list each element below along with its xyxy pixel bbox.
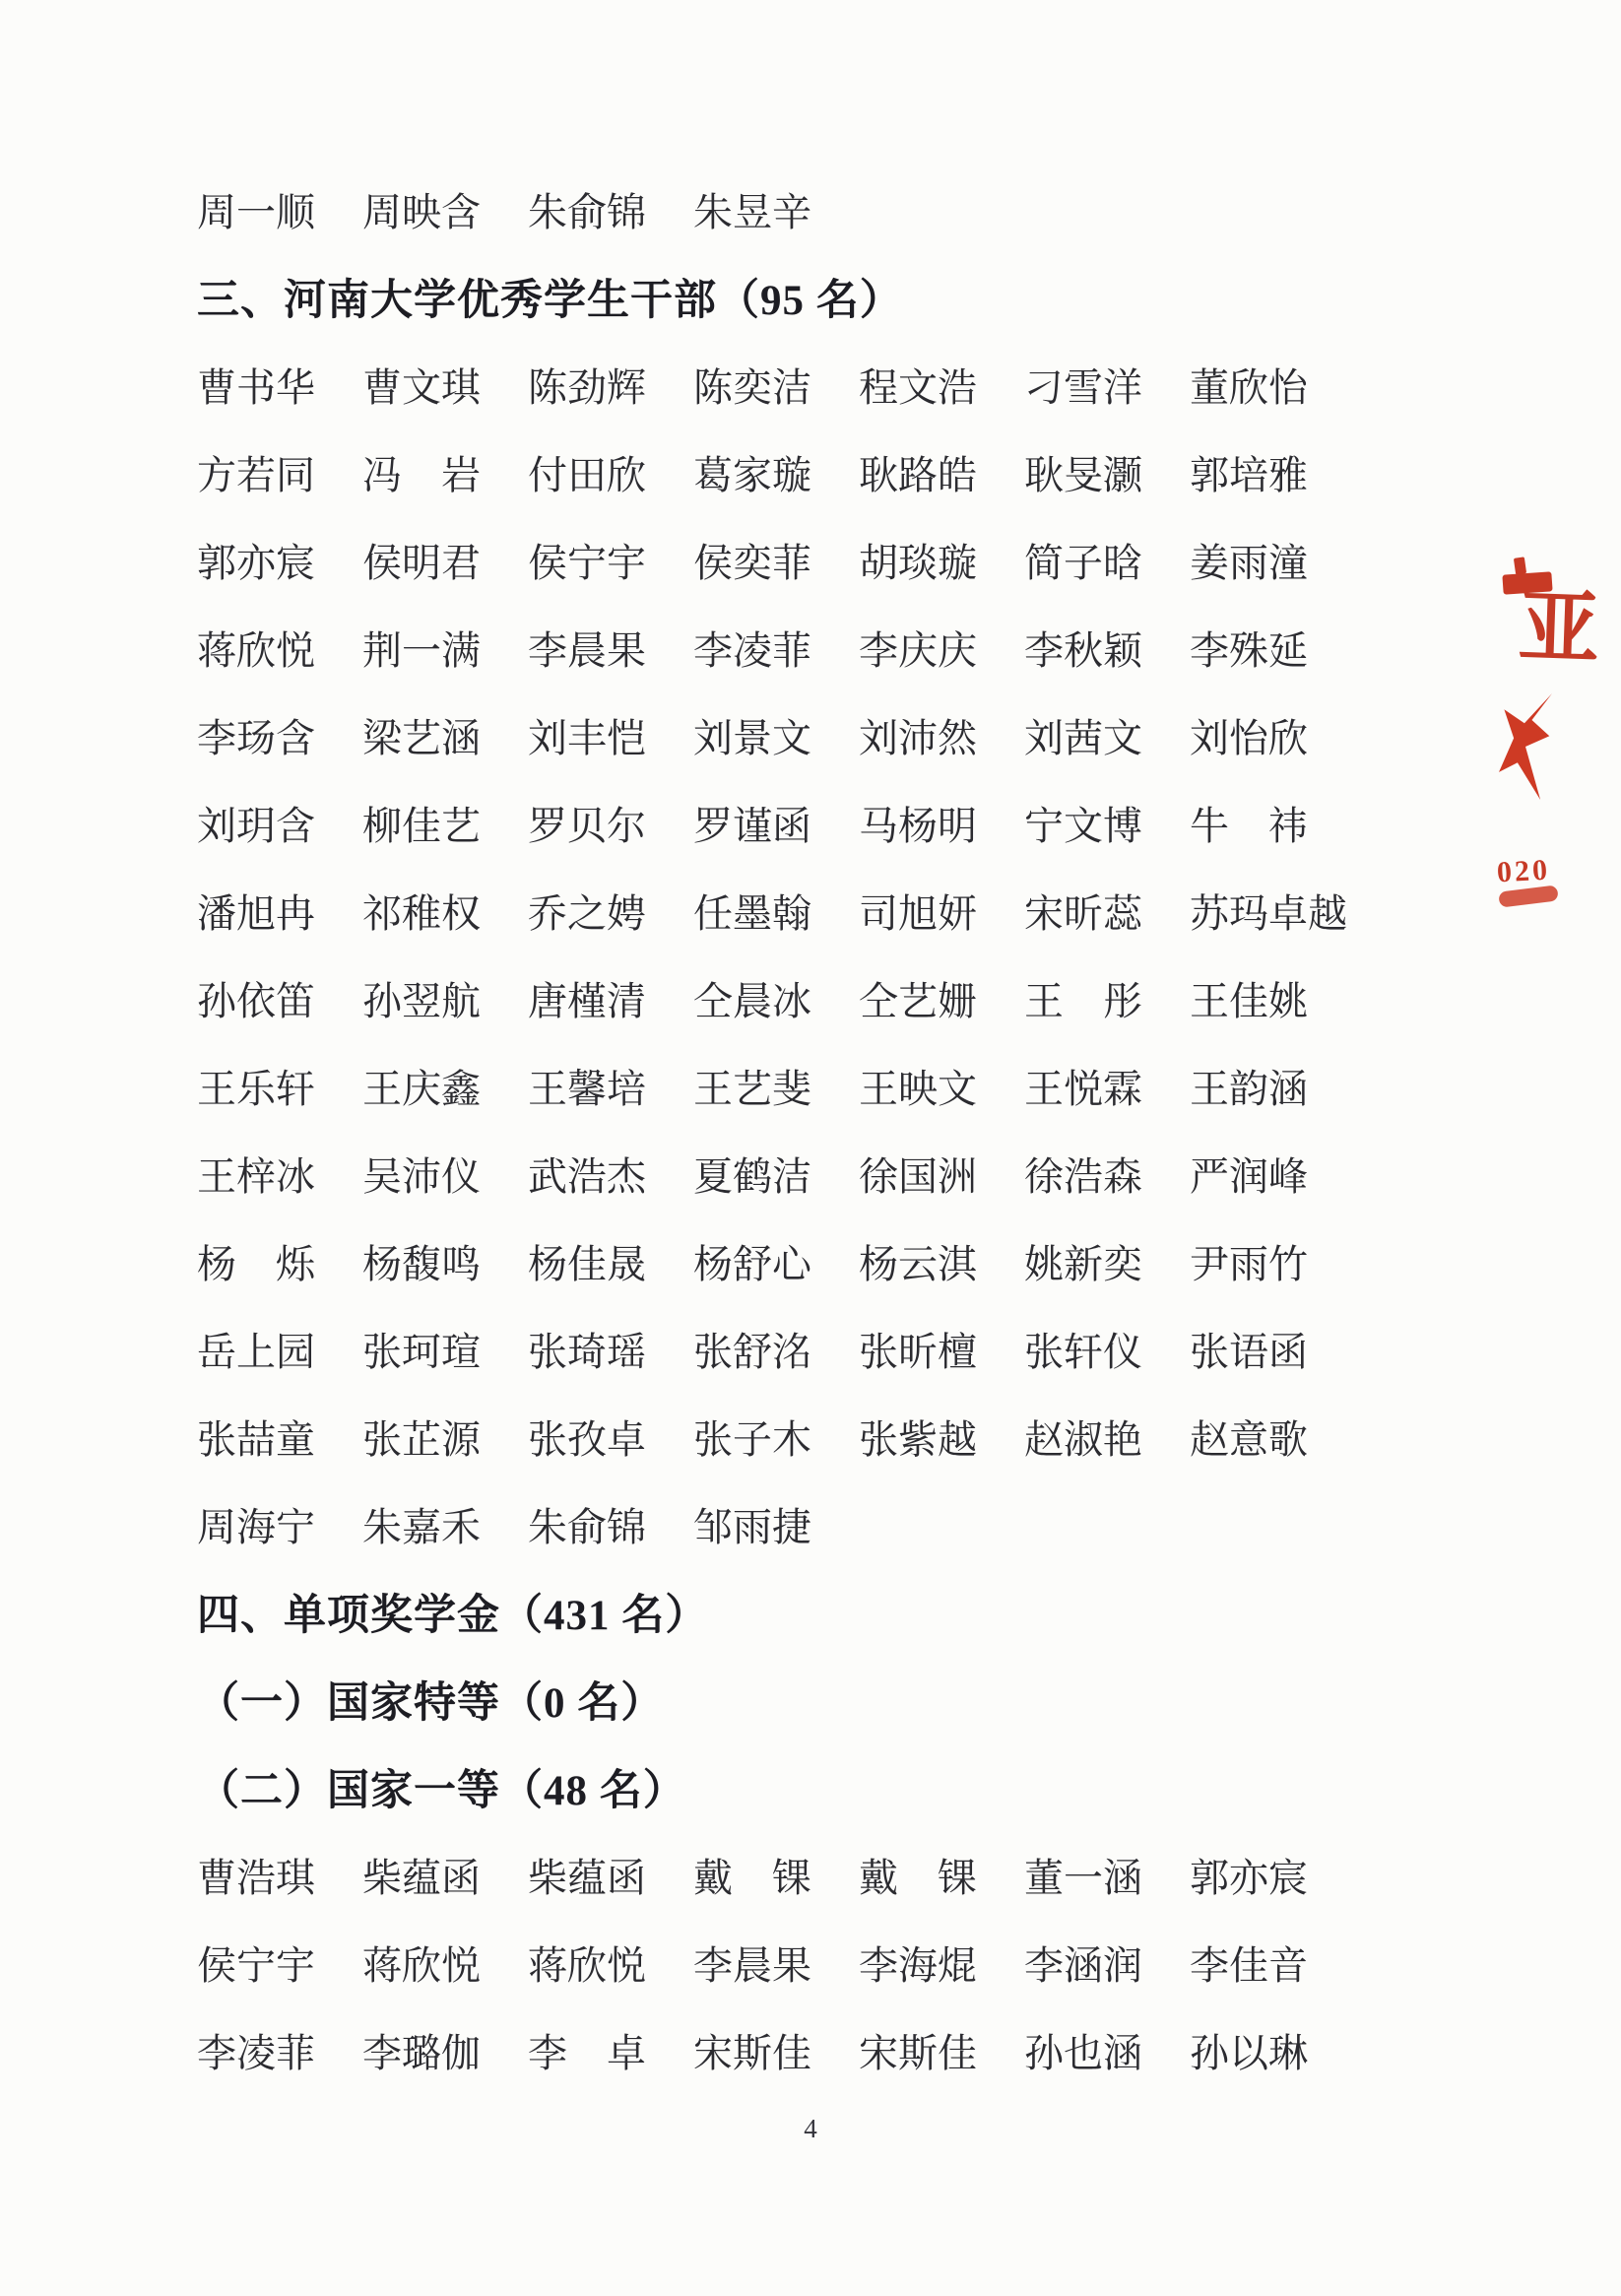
student-name: 周映含 — [362, 181, 481, 237]
student-name: 王馨培 — [528, 1058, 646, 1114]
student-name: 董一涵 — [1024, 1847, 1142, 1903]
student-name: 徐浩森 — [1024, 1146, 1142, 1202]
seal-star-shape — [1499, 693, 1552, 800]
student-name: 朱俞锦 — [528, 181, 646, 237]
seal-tick-mark — [1514, 557, 1526, 574]
student-name: 李凌菲 — [197, 2022, 315, 2078]
student-name: 曹文琪 — [362, 357, 481, 413]
student-name: 王韵涵 — [1190, 1058, 1308, 1114]
student-name: 王庆鑫 — [362, 1058, 481, 1114]
student-name: 朱昱辛 — [693, 181, 811, 237]
student-name: 曹书华 — [197, 357, 315, 413]
student-name: 李海焜 — [859, 1935, 977, 1991]
student-name: 蒋欣悦 — [528, 1935, 646, 1991]
student-name: 李涵润 — [1024, 1935, 1142, 1991]
name-row: 曹书华曹文琪陈劲辉陈奕洁程文浩刁雪洋董欣怡 — [197, 341, 1438, 428]
student-name: 孙以琳 — [1190, 2022, 1308, 2078]
student-name: 王悦霖 — [1024, 1058, 1142, 1114]
name-row: 潘旭冉祁稚权乔之娉任墨翰司旭妍宋昕蕊苏玛卓越 — [197, 867, 1438, 954]
student-name: 姚新奕 — [1024, 1233, 1142, 1289]
name-row: 李玚含梁艺涵刘丰恺刘景文刘沛然刘茜文刘怡欣 — [197, 691, 1438, 779]
student-name: 周一顺 — [197, 181, 315, 237]
student-name: 柴蕴函 — [528, 1847, 646, 1903]
student-name: 侯宁宇 — [528, 532, 646, 588]
student-name: 赵淑艳 — [1024, 1409, 1142, 1465]
student-name: 付田欣 — [528, 444, 646, 500]
student-name: 武浩杰 — [528, 1146, 646, 1202]
section4-heading: 四、单项奖学金（431 名） — [197, 1568, 1438, 1656]
student-name: 侯奕菲 — [693, 532, 811, 588]
name-row: 周一顺周映含朱俞锦朱昱辛 — [197, 165, 1438, 253]
student-name: 葛家璇 — [693, 444, 811, 500]
student-name: 李庆庆 — [859, 620, 977, 676]
student-name: 王梓冰 — [197, 1146, 315, 1202]
student-name: 方若同 — [197, 444, 315, 500]
student-name: 刘沛然 — [859, 707, 977, 763]
student-name: 李凌菲 — [693, 620, 811, 676]
student-name: 周海宁 — [197, 1496, 315, 1552]
student-name: 王佳姚 — [1190, 970, 1308, 1026]
student-name: 司旭妍 — [859, 883, 977, 939]
red-seal-fragment: 亚 020 — [1493, 544, 1621, 938]
student-name: 王 彤 — [1024, 970, 1142, 1026]
page-number: 4 — [804, 2114, 817, 2143]
student-name: 杨馥鸣 — [362, 1233, 481, 1289]
student-name: 刘怡欣 — [1190, 707, 1308, 763]
student-name: 张舒洺 — [693, 1321, 811, 1377]
seal-number: 020 — [1496, 854, 1551, 890]
name-row: 周海宁朱嘉禾朱俞锦邹雨捷 — [197, 1480, 1438, 1568]
student-name: 杨佳晟 — [528, 1233, 646, 1289]
student-name: 张语函 — [1190, 1321, 1308, 1377]
student-name: 李玚含 — [197, 707, 315, 763]
student-name: 荆一满 — [362, 620, 481, 676]
student-name: 李秋颖 — [1024, 620, 1142, 676]
student-name: 邹雨捷 — [693, 1496, 811, 1552]
section4-sub1-heading: （一）国家特等（0 名） — [197, 1656, 1438, 1743]
name-row: 孙依笛孙翌航唐槿清仝晨冰仝艺姗王 彤王佳姚 — [197, 954, 1438, 1042]
student-name: 李璐伽 — [362, 2022, 481, 2078]
student-name: 夏鹤洁 — [693, 1146, 811, 1202]
student-name: 张芷源 — [362, 1409, 481, 1465]
student-name: 侯明君 — [362, 532, 481, 588]
section3-heading: 三、河南大学优秀学生干部（95 名） — [197, 253, 1438, 341]
seal-bar-stroke — [1502, 571, 1552, 594]
student-name: 李佳音 — [1190, 1935, 1308, 1991]
name-row: 张喆童张芷源张孜卓张子木张紫越赵淑艳赵意歌 — [197, 1393, 1438, 1480]
student-name: 张紫越 — [859, 1409, 977, 1465]
student-name: 陈劲辉 — [528, 357, 646, 413]
student-name: 郭亦宸 — [197, 532, 315, 588]
student-name: 孙翌航 — [362, 970, 481, 1026]
student-name: 刘茜文 — [1024, 707, 1142, 763]
student-name: 戴 锞 — [693, 1847, 811, 1903]
student-name: 姜雨潼 — [1190, 532, 1308, 588]
student-name: 赵意歌 — [1190, 1409, 1308, 1465]
student-name: 宁文博 — [1024, 795, 1142, 851]
student-name: 侯宁宇 — [197, 1935, 315, 1991]
student-name: 胡琰璇 — [859, 532, 977, 588]
student-name: 仝艺姗 — [859, 970, 977, 1026]
student-name: 张昕檀 — [859, 1321, 977, 1377]
student-name: 尹雨竹 — [1190, 1233, 1308, 1289]
name-row: 王乐轩王庆鑫王馨培王艺斐王映文王悦霖王韵涵 — [197, 1042, 1438, 1130]
document-content: 周一顺周映含朱俞锦朱昱辛 三、河南大学优秀学生干部（95 名） 曹书华曹文琪陈劲… — [197, 165, 1438, 2094]
student-name: 徐国洲 — [859, 1146, 977, 1202]
name-row: 李凌菲李璐伽李 卓宋斯佳宋斯佳孙也涵孙以琳 — [197, 2006, 1438, 2094]
student-name: 刘丰恺 — [528, 707, 646, 763]
student-name: 张珂瑄 — [362, 1321, 481, 1377]
name-row: 刘玥含柳佳艺罗贝尔罗谨函马杨明宁文博牛 祎 — [197, 779, 1438, 867]
student-name: 罗贝尔 — [528, 795, 646, 851]
name-row: 王梓冰吴沛仪武浩杰夏鹤洁徐国洲徐浩森严润峰 — [197, 1130, 1438, 1217]
name-row: 方若同冯 岩付田欣葛家璇耿路皓耿旻灏郭培雅 — [197, 428, 1438, 516]
student-name: 柴蕴函 — [362, 1847, 481, 1903]
student-name: 孙也涵 — [1024, 2022, 1142, 2078]
seal-character: 亚 — [1518, 588, 1601, 672]
student-name: 宋昕蕊 — [1024, 883, 1142, 939]
student-name: 李殊延 — [1190, 620, 1308, 676]
student-name: 冯 岩 — [362, 444, 481, 500]
student-name: 潘旭冉 — [197, 883, 315, 939]
student-name: 梁艺涵 — [362, 707, 481, 763]
student-name: 马杨明 — [859, 795, 977, 851]
student-name: 程文浩 — [859, 357, 977, 413]
student-name: 苏玛卓越 — [1190, 883, 1347, 939]
student-name: 仝晨冰 — [693, 970, 811, 1026]
student-name: 朱俞锦 — [528, 1496, 646, 1552]
student-name: 吴沛仪 — [362, 1146, 481, 1202]
student-name: 耿旻灏 — [1024, 444, 1142, 500]
name-row: 蒋欣悦荆一满李晨果李凌菲李庆庆李秋颖李殊延 — [197, 604, 1438, 691]
student-name: 张喆童 — [197, 1409, 315, 1465]
student-name: 蒋欣悦 — [197, 620, 315, 676]
student-name: 孙依笛 — [197, 970, 315, 1026]
student-name: 王映文 — [859, 1058, 977, 1114]
student-name: 刘玥含 — [197, 795, 315, 851]
student-name: 曹浩琪 — [197, 1847, 315, 1903]
student-name: 杨云淇 — [859, 1233, 977, 1289]
student-name: 张孜卓 — [528, 1409, 646, 1465]
student-name: 蒋欣悦 — [362, 1935, 481, 1991]
student-name: 祁稚权 — [362, 883, 481, 939]
student-name: 李晨果 — [528, 620, 646, 676]
section4-sub2-heading: （二）国家一等（48 名） — [197, 1743, 1438, 1831]
student-name: 刁雪洋 — [1024, 357, 1142, 413]
student-name: 李晨果 — [693, 1935, 811, 1991]
student-name: 耿路皓 — [859, 444, 977, 500]
student-name: 张子木 — [693, 1409, 811, 1465]
student-name: 朱嘉禾 — [362, 1496, 481, 1552]
page-footer: 4 — [0, 2114, 1621, 2144]
student-name: 唐槿清 — [528, 970, 646, 1026]
student-name: 董欣怡 — [1190, 357, 1308, 413]
student-name: 杨舒心 — [693, 1233, 811, 1289]
student-name: 张琦瑶 — [528, 1321, 646, 1377]
student-name: 简子晗 — [1024, 532, 1142, 588]
student-name: 任墨翰 — [693, 883, 811, 939]
name-row: 曹浩琪柴蕴函柴蕴函戴 锞戴 锞董一涵郭亦宸 — [197, 1831, 1438, 1919]
student-name: 李 卓 — [528, 2022, 646, 2078]
student-name: 郭培雅 — [1190, 444, 1308, 500]
student-name: 陈奕洁 — [693, 357, 811, 413]
name-row: 郭亦宸侯明君侯宁宇侯奕菲胡琰璇简子晗姜雨潼 — [197, 516, 1438, 604]
student-name: 罗谨函 — [693, 795, 811, 851]
student-name: 张轩仪 — [1024, 1321, 1142, 1377]
student-name: 宋斯佳 — [859, 2022, 977, 2078]
student-name: 岳上园 — [197, 1321, 315, 1377]
student-name: 刘景文 — [693, 707, 811, 763]
student-name: 王乐轩 — [197, 1058, 315, 1114]
student-name: 杨 烁 — [197, 1233, 315, 1289]
student-name: 乔之娉 — [528, 883, 646, 939]
student-name: 王艺斐 — [693, 1058, 811, 1114]
seal-smear — [1498, 885, 1559, 907]
student-name: 宋斯佳 — [693, 2022, 811, 2078]
name-row: 侯宁宇蒋欣悦蒋欣悦李晨果李海焜李涵润李佳音 — [197, 1919, 1438, 2006]
name-row: 杨 烁杨馥鸣杨佳晟杨舒心杨云淇姚新奕尹雨竹 — [197, 1217, 1438, 1305]
name-row: 岳上园张珂瑄张琦瑶张舒洺张昕檀张轩仪张语函 — [197, 1305, 1438, 1393]
student-name: 严润峰 — [1190, 1146, 1308, 1202]
student-name: 牛 祎 — [1190, 795, 1308, 851]
student-name: 戴 锞 — [859, 1847, 977, 1903]
document-page: 周一顺周映含朱俞锦朱昱辛 三、河南大学优秀学生干部（95 名） 曹书华曹文琪陈劲… — [0, 0, 1621, 2296]
student-name: 郭亦宸 — [1190, 1847, 1308, 1903]
student-name: 柳佳艺 — [362, 795, 481, 851]
